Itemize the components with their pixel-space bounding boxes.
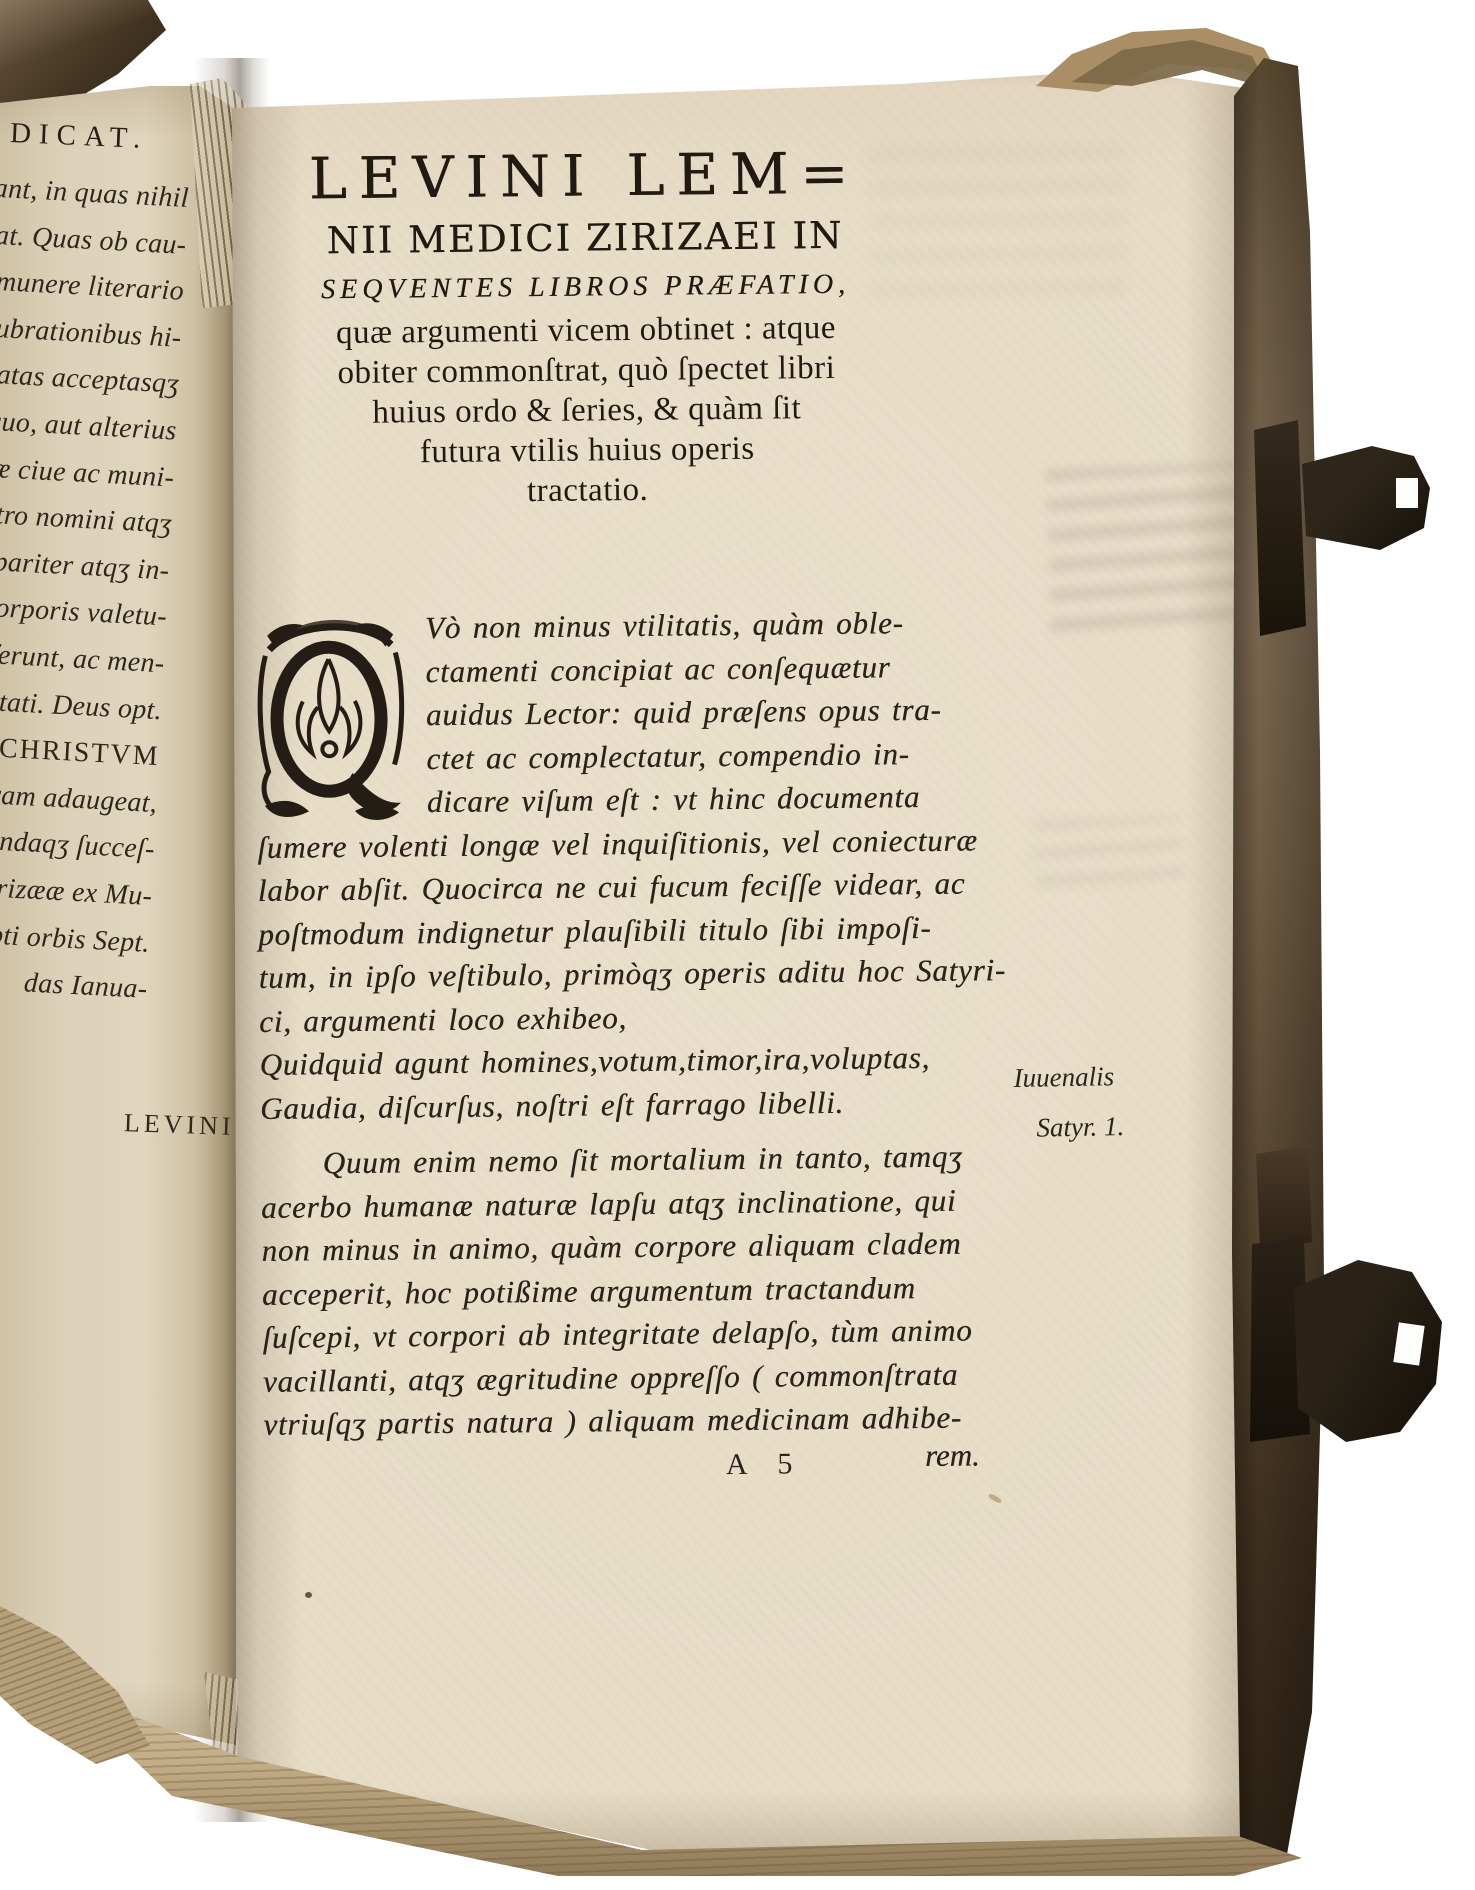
paragraph-2: Quum enim nemo ſit mortalium in tanto, t… [260, 1134, 979, 1446]
preface-title: LEVINI LEM= NII MEDICI ZIRIZAEI IN SEQVE… [254, 137, 918, 514]
text-line: SVM CHRISTVM [0, 724, 161, 780]
catchword: rem. [925, 1437, 980, 1474]
juvenal-quote: Quidquid agunt homines,votum,timor,ira,v… [259, 1035, 976, 1129]
text-line: tum, in ipſo veſtibulo, primòqʒ operis a… [259, 948, 975, 999]
text-line: acerbo humanæ naturæ lapſu atqʒ inclinat… [261, 1178, 977, 1229]
text-line: ci, argumenti loco exhibeo, [259, 992, 975, 1043]
text-line: ſummis pariter atqʒ in- [0, 538, 170, 594]
title-line: futura vtilis huius operis [257, 427, 917, 474]
clasp-bottom-hook [1294, 1258, 1448, 1444]
drop-cap-woodcut-initial-q [255, 614, 407, 824]
text-line: vacillanti, atqʒ ægritudine oppreſſo ( c… [263, 1352, 979, 1403]
text-line: Gaudia, diſcurſus, noſtri eſt farrago li… [260, 1079, 976, 1130]
clasp-top-notch [1396, 478, 1418, 508]
paragraph-1: Vò non minus vtilitatis, quàm oble- ctam… [255, 600, 973, 825]
leather-spine-edge [1228, 52, 1332, 1868]
clasp-bottom-notch [1393, 1322, 1424, 1365]
title-line: tractatio. [257, 467, 917, 514]
text-line: ltum adferunt, ac men- [0, 631, 166, 687]
ink-spot [305, 1592, 312, 1598]
book-photo: DICAT. ſpectant, in quas nihil vendicat.… [0, 0, 1475, 1890]
text-line: , quæqʒ corporis valetu- [0, 585, 168, 641]
text-line: enda firmandaqʒ ſucceſ- [0, 817, 156, 873]
title-line: quæ argumenti vicem obtinet : atque [256, 307, 916, 354]
text-line: emp. noſtram adaugeat, [0, 771, 158, 827]
title-line: LEVINI LEM= [254, 137, 915, 216]
text-line: poſtmodum indignetur plauſibili titulo ſ… [258, 905, 974, 956]
text-line: ſuſcepi, vt corpori ab integritate delap… [262, 1308, 978, 1359]
text-line: Quum enim nemo ſit mortalium in tanto, t… [260, 1134, 976, 1185]
title-line: SEQVENTES LIBROS PRÆFATIO, [255, 261, 915, 314]
clasp-bottom-strap [1250, 1146, 1316, 1250]
text-line: ant pietati. Deus opt. [0, 678, 163, 734]
running-head-fragment: DICAT. [9, 117, 149, 156]
margin-note-line: Iuuenalis [1013, 1051, 1124, 1103]
title-line: obiter commonſtrat, quò ſpectet libri [256, 347, 916, 394]
text-line: Quidquid agunt homines,votum,timor,ira,v… [259, 1035, 975, 1086]
title-line: huius ordo & ſeries, & quàm ſit [257, 387, 917, 434]
title-line: NII MEDICI ZIRIZAEI IN [255, 209, 916, 268]
text-line: non minus in animo, quàm corpore aliquam… [261, 1221, 977, 1272]
margin-note-line: Satyr. 1. [1036, 1101, 1125, 1153]
text-line: das Ianua- [0, 957, 149, 1013]
margin-note: Iuuenalis Satyr. 1. [1013, 1051, 1124, 1153]
text-line: lempti orbis Sept. [0, 911, 151, 967]
clasp-top-hook [1302, 442, 1432, 554]
text-line: vtriuſqʒ partis natura ) aliquam medicin… [263, 1395, 979, 1446]
signature-mark: A 5 [726, 1447, 805, 1482]
text-line: ſumere volenti longæ vel inquiſitionis, … [257, 818, 973, 869]
paragraph-1-continued: ſumere volenti longæ vel inquiſitionis, … [257, 818, 975, 1043]
right-page-text: LEVINI LEM= NII MEDICI ZIRIZAEI IN SEQVE… [250, 137, 980, 1499]
signature-row: A 5 rem. [264, 1443, 980, 1498]
text-line: æt. Zirizææ ex Mu- [0, 864, 153, 920]
text-line: acceperit, hoc potißime argumentum tract… [262, 1265, 978, 1316]
text-line: labor abſit. Quocirca ne cui fucum feciſ… [258, 861, 974, 912]
